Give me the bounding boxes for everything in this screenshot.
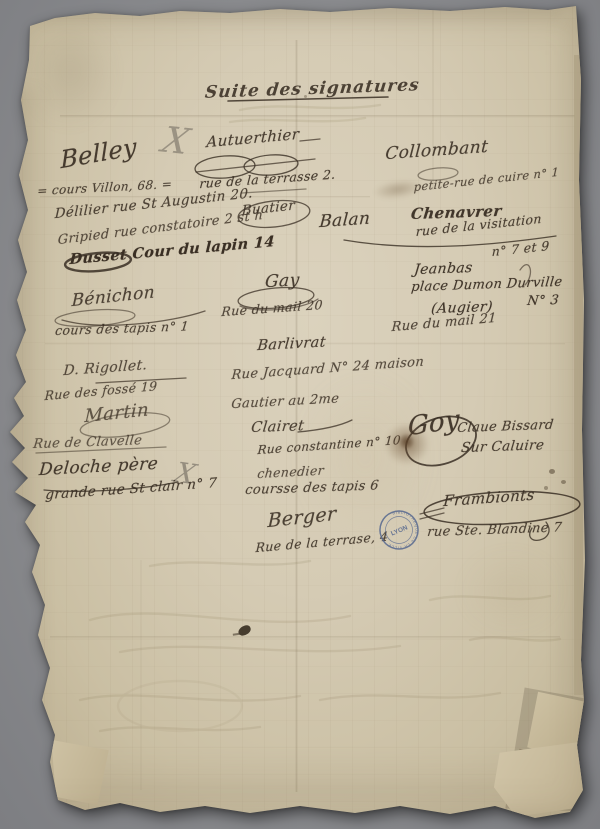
manuscript-page-wrap: Suite des signatures XAutuerthierrue de … [0,0,600,829]
edge-shading [0,0,600,829]
scan-background: Suite des signatures XAutuerthierrue de … [0,0,600,829]
manuscript-page: Suite des signatures XAutuerthierrue de … [0,0,600,829]
